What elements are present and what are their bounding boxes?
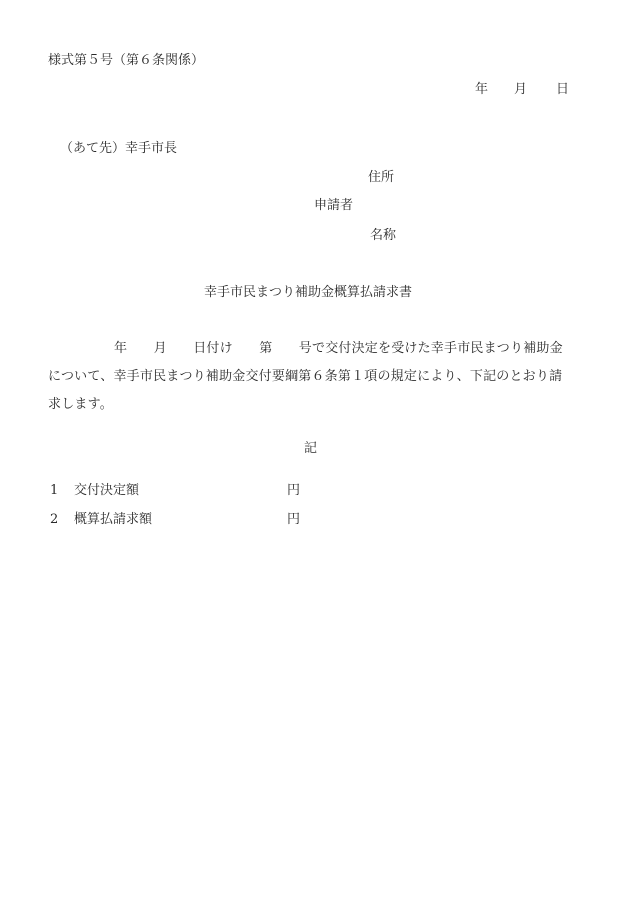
item-label: 概算払請求額 <box>74 512 152 528</box>
item-number: 1 <box>50 483 58 499</box>
item-label: 交付決定額 <box>74 483 139 499</box>
applicant-label: 申請者 <box>314 198 353 214</box>
item-unit: 円 <box>287 483 300 499</box>
addressee: （あて先）幸手市長 <box>60 141 177 157</box>
body-line-3: 求します。 <box>48 397 113 412</box>
note-heading: 記 <box>304 441 317 457</box>
document-title: 幸手市民まつり補助金概算払請求書 <box>204 285 412 301</box>
body-line-2: について、幸手市民まつり補助金交付要綱第６条第１項の規定により、下記のとおり請 <box>48 369 562 384</box>
date-month: 月 <box>514 82 527 98</box>
date-year: 年 <box>475 82 488 98</box>
body-line-1: 年 月 日付け 第 号で交付決定を受けた幸手市民まつり補助金 <box>48 341 563 356</box>
body-paragraph: 年 月 日付け 第 号で交付決定を受けた幸手市民まつり補助金 について、幸手市民… <box>48 335 578 419</box>
date-day: 日 <box>556 82 569 98</box>
item-unit: 円 <box>287 512 300 528</box>
name-label: 名称 <box>370 228 396 244</box>
form-label: 様式第５号（第６条関係） <box>48 53 204 69</box>
item-number: 2 <box>50 512 58 528</box>
address-label: 住所 <box>368 170 394 186</box>
